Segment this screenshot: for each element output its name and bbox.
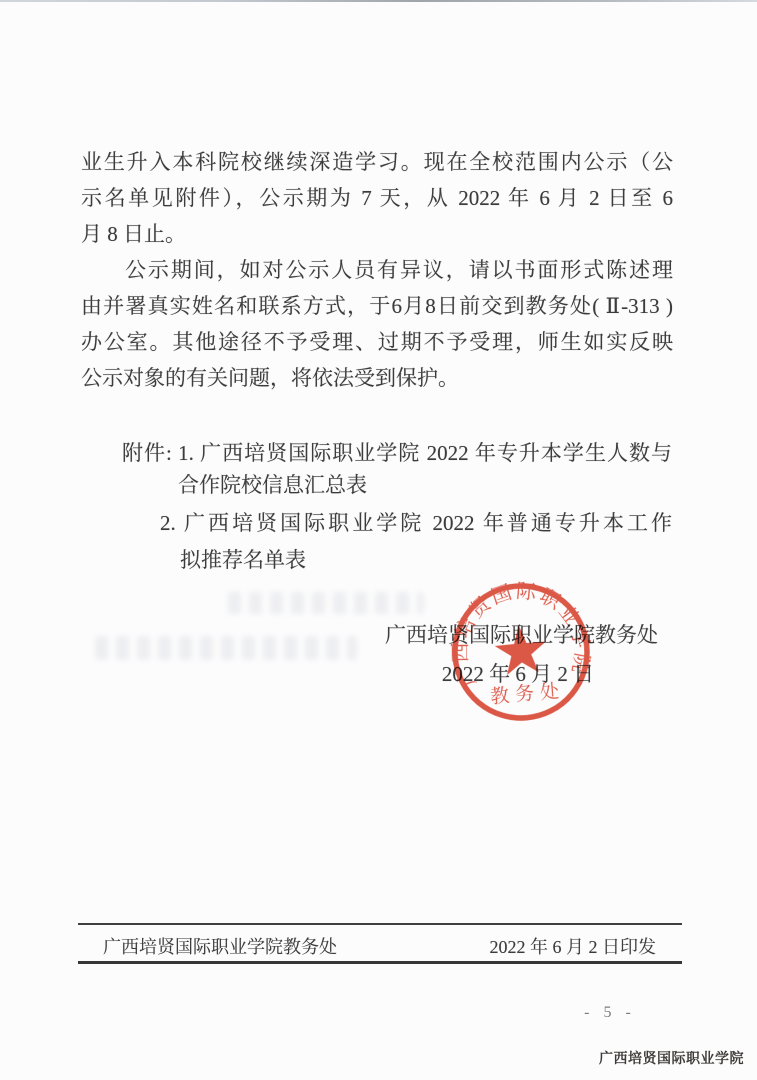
- body-line: 由并署真实姓名和联系方式，于6月8日前交到教务处( Ⅱ-313 ): [81, 288, 673, 324]
- bleedthrough-artifact: [228, 592, 424, 614]
- body-line: 公示期间，如对公示人员有异议，请以书面形式陈述理: [81, 252, 673, 288]
- official-seal: 广西培贤国际职业学院 教务处: [440, 571, 603, 734]
- bleedthrough-artifact: [95, 636, 357, 660]
- scan-edge-artifact: [0, 0, 757, 2]
- scanned-notice-page: { "colors": { "paper": "#fcfcfd", "ink":…: [0, 0, 757, 1080]
- footer-rule-top: [78, 923, 682, 925]
- body-line: 办公室。其他途径不予受理、过期不予受理，师生如实反映: [81, 324, 673, 360]
- footer-issuer: 广西培贤国际职业学院教务处: [103, 936, 337, 958]
- body-line: 公示对象的有关问题，将依法受到保护。: [81, 366, 459, 390]
- notice-body: 业生升入本科院校继续深造学习。现在全校范围内公示（公 示名单见附件），公示期为 …: [81, 144, 673, 396]
- footer-print-date: 2022 年 6 月 2 日印发: [490, 936, 657, 958]
- body-line: 业生升入本科院校继续深造学习。现在全校范围内公示（公: [81, 144, 673, 180]
- page-number: - 5 -: [568, 1003, 652, 1023]
- star-icon: [493, 623, 548, 676]
- attachment-line-1: 附件: 1. 广西培贤国际职业学院 2022 年专升本学生人数与: [122, 442, 672, 464]
- attachment-line-3: 2. 广西培贤国际职业学院 2022 年普通专升本工作: [160, 512, 672, 534]
- body-line: 月 8 日止。: [81, 222, 186, 246]
- attachment-line-4: 拟推荐名单表: [180, 549, 306, 571]
- attachment-line-2: 合作院校信息汇总表: [178, 474, 367, 496]
- body-line: 示名单见附件），公示期为 7 天，从 2022 年 6 月 2 日至 6: [81, 180, 673, 216]
- seal-department-text: 教务处: [489, 679, 566, 707]
- corner-label: 广西培贤国际职业学院: [599, 1049, 744, 1067]
- footer-rule-bottom: [78, 961, 682, 964]
